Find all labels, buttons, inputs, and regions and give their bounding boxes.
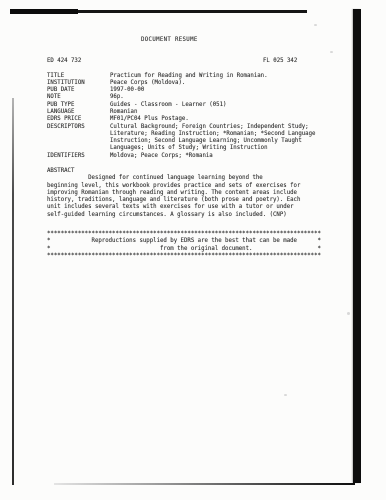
scan-edge-left <box>12 98 14 485</box>
scanned-document-page: DOCUMENT RESUME ED 424 732 FL 025 342 TI… <box>0 0 386 500</box>
field-label: PUB TYPE <box>47 102 110 109</box>
field-title: TITLE Practicum for Reading and Writing … <box>47 73 332 80</box>
field-pub-type: PUB TYPE Guides - Classroom - Learner (0… <box>47 102 332 109</box>
field-descriptors: DESCRIPTORS Cultural Background; Foreign… <box>47 124 332 153</box>
abstract-text: Designed for continued language learning… <box>47 175 300 219</box>
field-label: IDENTIFIERS <box>47 153 110 160</box>
scan-edge-right <box>353 9 361 483</box>
field-value: Guides - Classroom - Learner (051) <box>110 102 226 109</box>
field-label: INSTITUTION <box>47 80 110 87</box>
field-label: EDRS PRICE <box>47 116 110 123</box>
ed-accession-number: ED 424 732 <box>47 58 81 65</box>
scan-speck <box>330 51 333 53</box>
edrs-reproduction-notice: ****************************************… <box>47 231 321 260</box>
field-value: MF01/PC04 Plus Postage. <box>110 116 189 123</box>
field-value: Moldova; Peace Corps; *Romania <box>110 153 213 160</box>
scan-speck <box>284 394 287 396</box>
field-label: NOTE <box>47 94 110 101</box>
field-institution: INSTITUTION Peace Corps (Moldova). <box>47 80 332 87</box>
field-label: TITLE <box>47 73 110 80</box>
field-edrs-price: EDRS PRICE MF01/PC04 Plus Postage. <box>47 116 332 123</box>
field-value: Cultural Background; Foreign Countries; … <box>110 124 315 153</box>
scan-speck <box>347 312 350 315</box>
clearinghouse-number: FL 025 342 <box>263 58 297 65</box>
field-pub-date: PUB DATE 1997-00-00 <box>47 87 332 94</box>
field-value: Peace Corps (Moldova). <box>110 80 185 87</box>
scan-speck <box>314 24 317 26</box>
field-note: NOTE 96p. <box>47 94 332 101</box>
field-identifiers: IDENTIFIERS Moldova; Peace Corps; *Roman… <box>47 153 332 160</box>
field-value: 96p. <box>110 94 124 101</box>
field-language: LANGUAGE Romanian <box>47 109 332 116</box>
scan-edge-bottom <box>54 483 355 485</box>
field-value: Practicum for Reading and Writing in Rom… <box>110 73 268 80</box>
scan-edge-top <box>10 10 307 13</box>
bibliographic-fields: TITLE Practicum for Reading and Writing … <box>47 73 332 161</box>
document-resume-header: DOCUMENT RESUME <box>141 37 198 44</box>
field-label: DESCRIPTORS <box>47 124 110 153</box>
